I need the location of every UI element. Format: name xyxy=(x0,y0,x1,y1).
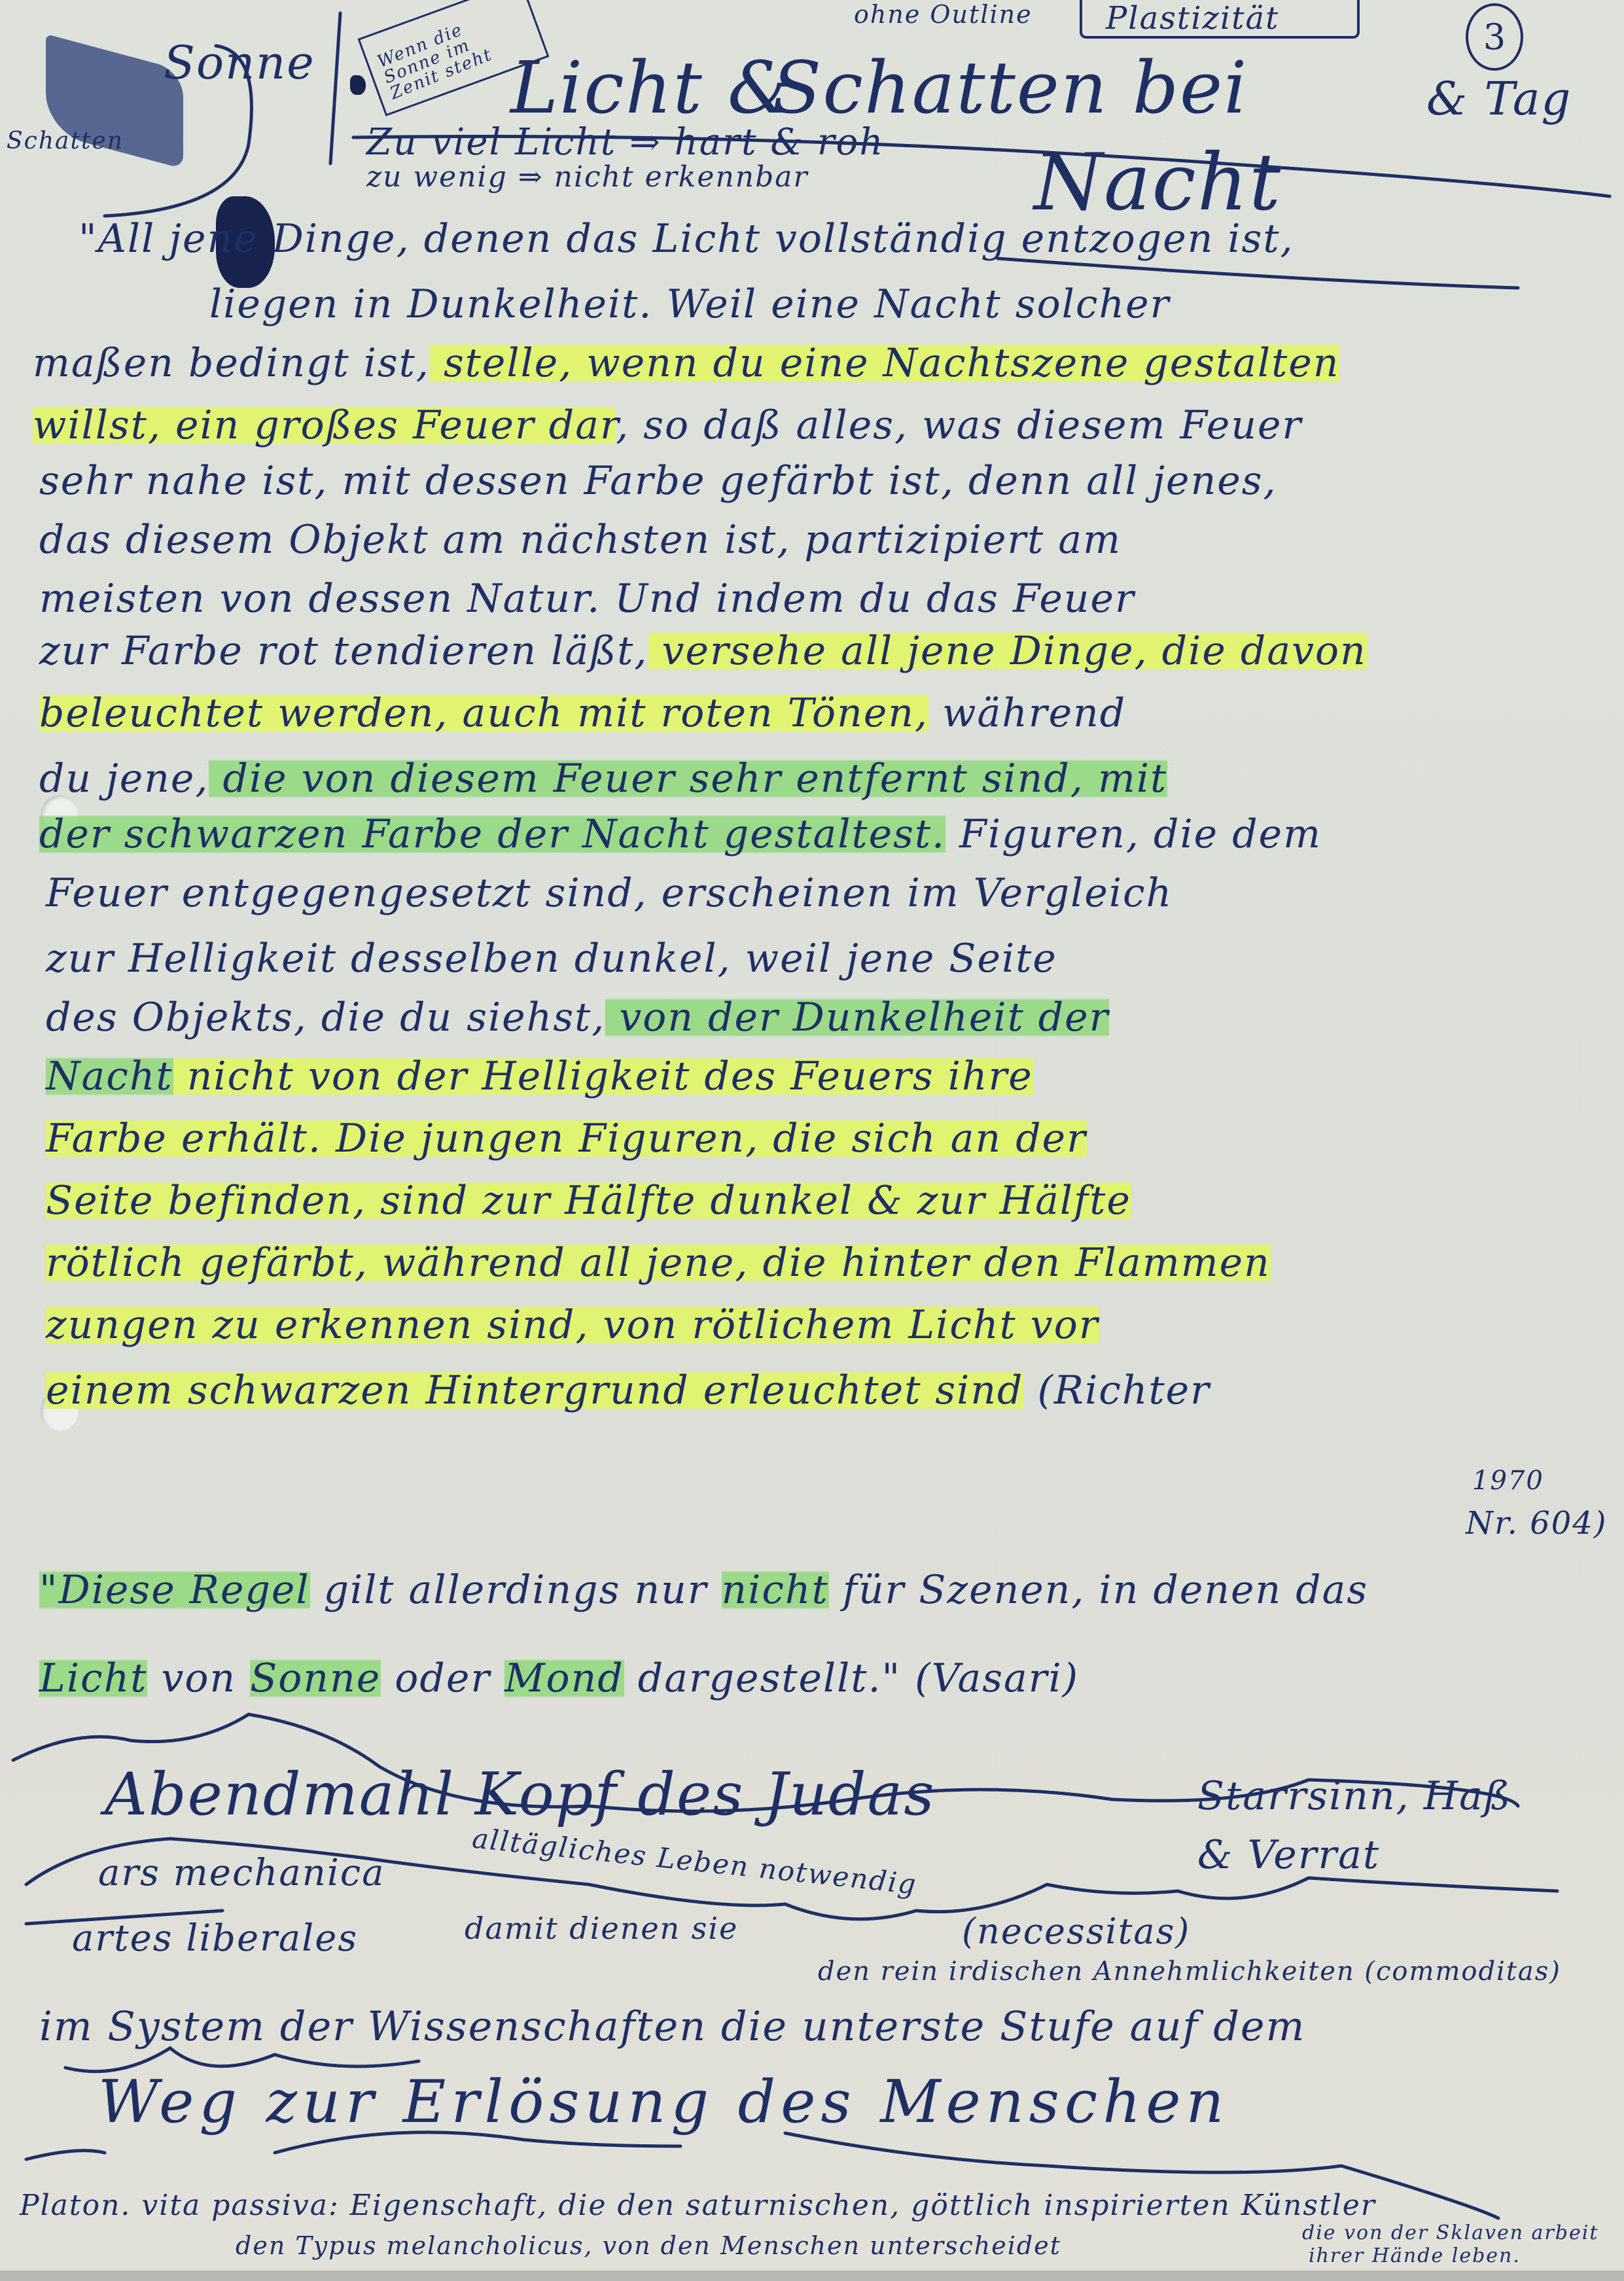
quote-line: das diesem Objekt am nächsten ist, parti… xyxy=(39,517,1121,563)
quote-line: maßen bedingt ist, stelle, wenn du eine … xyxy=(33,340,1339,386)
highlighted-text: zungen zu erkennen sind, von rötlichem L… xyxy=(46,1302,1099,1348)
note-starrsinn: Starrsinn, Haß xyxy=(1197,1773,1511,1819)
line-text: zur Helligkeit desselben dunkel, weil je… xyxy=(46,936,1057,981)
page-number-badge: 3 xyxy=(1466,3,1523,71)
highlighted-text: versehe all jene Dinge, die davon xyxy=(648,628,1367,674)
line-text: Figuren, die dem xyxy=(945,811,1322,857)
citation-nr: Nr. 604) xyxy=(1466,1505,1608,1542)
note-plastizitaet: Plastizität xyxy=(1106,0,1279,37)
hl-sonne: Sonne xyxy=(250,1655,381,1701)
quote-line: des Objekts, die du siehst, von der Dunk… xyxy=(46,995,1109,1040)
quote-line: du jene, die von diesem Feuer sehr entfe… xyxy=(39,756,1167,802)
highlighted-text: Nacht xyxy=(46,1053,173,1099)
text: oder xyxy=(381,1655,504,1701)
title-licht: Licht & xyxy=(510,46,793,130)
text: für Szenen, in denen das xyxy=(829,1567,1369,1613)
quote-line: Farbe erhält. Die jungen Figuren, die si… xyxy=(46,1116,1087,1161)
note-ohne-outline: ohne Outline xyxy=(854,0,1033,29)
note-zu-viel-licht: Zu viel Licht ⇒ hart & roh xyxy=(366,121,884,164)
sun-dot-icon xyxy=(350,75,366,95)
highlighted-text: die von diesem Feuer sehr entfernt sind,… xyxy=(209,756,1167,802)
sketch-label-schatten: Schatten xyxy=(7,128,124,154)
note-zu-wenig: zu wenig ⇒ nicht erkennbar xyxy=(366,160,809,194)
vasari-quote-line-2: Licht von Sonne oder Mond dargestellt." … xyxy=(39,1655,1079,1701)
sketch-label-sonne: Sonne xyxy=(164,36,315,90)
title-nacht: Nacht xyxy=(1034,137,1282,228)
note-damit-dienen: damit dienen sie xyxy=(465,1911,738,1946)
line-text: während xyxy=(928,690,1126,736)
quote-line: sehr nahe ist, mit dessen Farbe gefärbt … xyxy=(39,458,1277,504)
quote-line: "All jene Dinge, denen das Licht vollstä… xyxy=(79,216,1294,262)
text: dargestellt." (Vasari) xyxy=(624,1655,1079,1701)
line-text: liegen in Dunkelheit. Weil eine Nacht so… xyxy=(209,281,1170,327)
hl-mond: Mond xyxy=(504,1655,624,1701)
quote-line: beleuchtet werden, auch mit roten Tönen,… xyxy=(39,690,1126,736)
note-necessitas: (necessitas) xyxy=(962,1911,1190,1952)
highlighted-text: nicht von der Helligkeit des Feuers ihre xyxy=(173,1053,1033,1099)
highlighted-text: von der Dunkelheit der xyxy=(605,995,1109,1040)
quote-line: zur Farbe rot tendieren läßt, versehe al… xyxy=(39,628,1367,674)
hl-licht: Licht xyxy=(39,1655,147,1701)
line-text: maßen bedingt ist, xyxy=(33,340,430,386)
line-text: sehr nahe ist, mit dessen Farbe gefärbt … xyxy=(39,458,1277,504)
line-text: meisten von dessen Natur. Und indem du d… xyxy=(39,576,1135,622)
quote-line: einem schwarzen Hintergrund erleuchtet s… xyxy=(46,1368,1210,1413)
highlighted-text: der schwarzen Farbe der Nacht gestaltest… xyxy=(39,811,945,857)
quote-line: liegen in Dunkelheit. Weil eine Nacht so… xyxy=(209,281,1170,327)
quote-line: Seite befinden, sind zur Hälfte dunkel &… xyxy=(46,1178,1131,1224)
note-den-rein: den rein irdischen Annehmlichkeiten (com… xyxy=(818,1956,1561,1987)
title-schatten: Schatten bei xyxy=(772,46,1248,130)
line-text: du jene, xyxy=(39,756,209,802)
note-platon: Platon. vita passiva: Eigenschaft, die d… xyxy=(20,2189,1376,2222)
note-platon-line2: den Typus melancholicus, von den Mensche… xyxy=(236,2231,1061,2260)
line-text: das diesem Objekt am nächsten ist, parti… xyxy=(39,517,1121,563)
line-text: "All jene Dinge, denen das Licht vollstä… xyxy=(79,216,1294,262)
line-text: zur Farbe rot tendieren läßt, xyxy=(39,628,648,674)
quote-line: willst, ein großes Feuer dar, so daß all… xyxy=(33,402,1302,448)
title-tag: & Tag xyxy=(1426,72,1572,126)
note-artes-liberales: artes liberales xyxy=(72,1917,358,1960)
highlighted-text: willst, ein großes Feuer dar xyxy=(33,402,616,448)
vasari-quote-line-1: "Diese Regel gilt allerdings nur nicht f… xyxy=(39,1567,1368,1613)
text: von xyxy=(147,1655,250,1701)
page-number: 3 xyxy=(1483,16,1506,58)
citation-year: 1970 xyxy=(1472,1466,1544,1496)
line-text: , so daß alles, was diesem Feuer xyxy=(616,402,1302,448)
quote-line: zur Helligkeit desselben dunkel, weil je… xyxy=(46,936,1057,981)
quote-line: zungen zu erkennen sind, von rötlichem L… xyxy=(46,1302,1099,1348)
highlighted-text: stelle, wenn du eine Nachtszene gestalte… xyxy=(430,340,1340,386)
highlighted-text: einem schwarzen Hintergrund erleuchtet s… xyxy=(46,1368,1023,1413)
quote-line: Nacht nicht von der Helligkeit des Feuer… xyxy=(46,1053,1033,1099)
line-text: Feuer entgegengesetzt sind, erscheinen i… xyxy=(46,870,1173,916)
highlighted-text: rötlich gefärbt, während all jene, die h… xyxy=(46,1240,1271,1286)
note-abendmahl: Abendmahl Kopf des Judas xyxy=(105,1760,936,1829)
quote-line: meisten von dessen Natur. Und indem du d… xyxy=(39,576,1135,622)
highlighted-text: beleuchtet werden, auch mit roten Tönen, xyxy=(39,690,928,736)
highlighted-text: Seite befinden, sind zur Hälfte dunkel &… xyxy=(46,1178,1131,1224)
quote-line: Feuer entgegengesetzt sind, erscheinen i… xyxy=(46,870,1173,916)
note-ars-mechanica: ars mechanica xyxy=(98,1852,385,1894)
hl-nicht: nicht xyxy=(722,1567,829,1613)
hl-diese-regel: "Diese Regel xyxy=(39,1567,310,1613)
quote-line: rötlich gefärbt, während all jene, die h… xyxy=(46,1240,1271,1286)
line-text: des Objekts, die du siehst, xyxy=(46,995,605,1040)
text: gilt allerdings nur xyxy=(310,1567,722,1613)
note-platon-right2: ihrer Hände leben. xyxy=(1309,2244,1521,2267)
note-im-system: im System der Wissenschaften die unterst… xyxy=(39,2002,1305,2050)
quote-line: der schwarzen Farbe der Nacht gestaltest… xyxy=(39,811,1322,857)
highlighted-text: Farbe erhält. Die jungen Figuren, die si… xyxy=(46,1116,1087,1161)
note-weg-zur: Weg zur Erlösung des Menschen xyxy=(98,2068,1229,2136)
line-text: (Richter xyxy=(1023,1368,1210,1413)
note-verrat: & Verrat xyxy=(1197,1832,1380,1878)
note-platon-right: die von der Sklaven arbeit xyxy=(1302,2221,1598,2244)
